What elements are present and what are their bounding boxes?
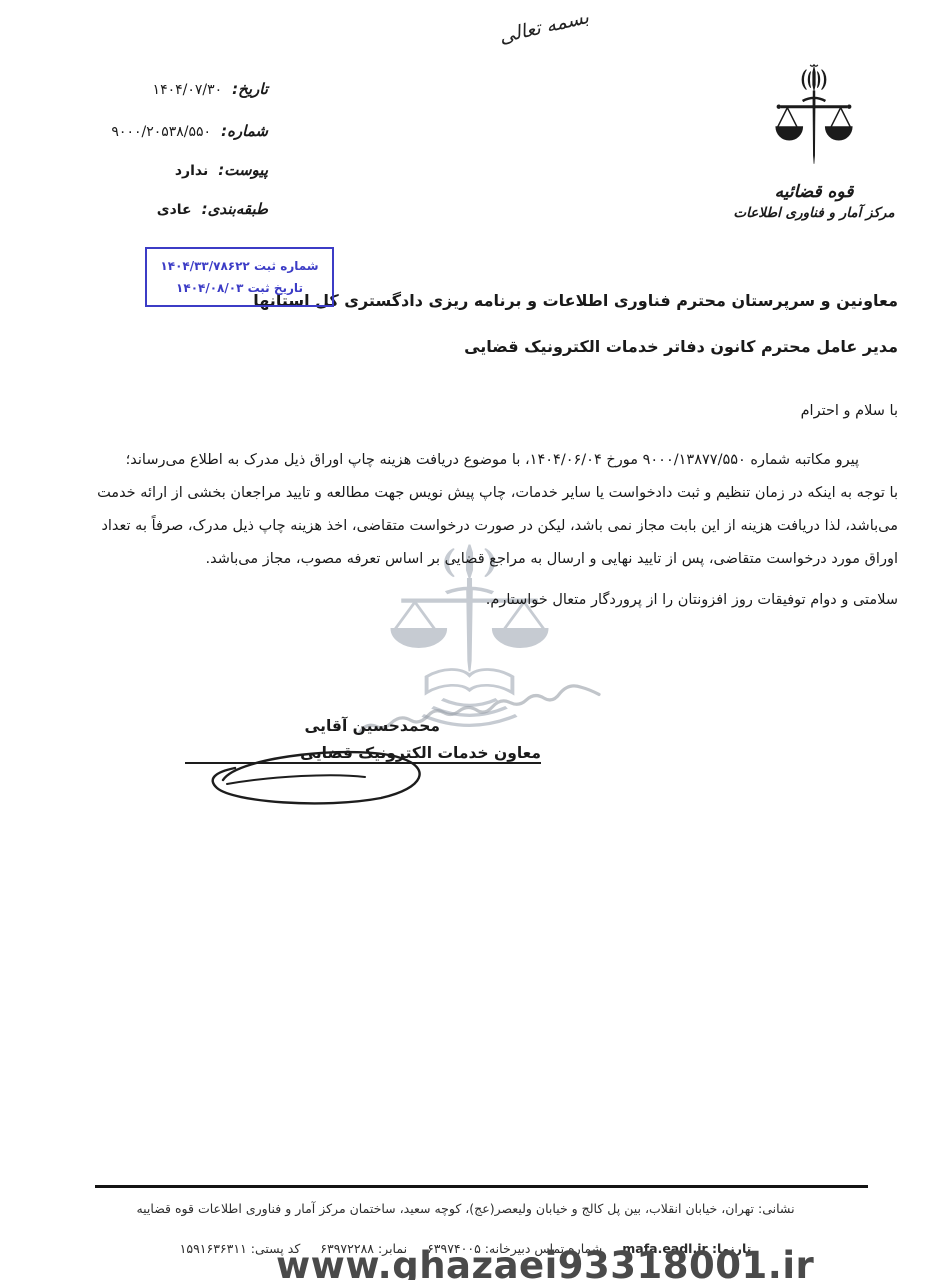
body-line-4: اوراق مورد درخواست متقاضی، پس از تایید ن… [205, 551, 898, 567]
body-line-1: پیرو مکاتبه شماره ۹۰۰۰/۱۳۸۷۷/۵۵۰ مورخ ۱۴… [126, 452, 859, 468]
number-label: شماره: [221, 122, 268, 140]
meta-row-date: تاریخ: ۱۴۰۴/۰۷/۳۰ [153, 80, 268, 98]
body-line-3: می‌باشد، لذا دریافت هزینه از این بابت مج… [101, 518, 898, 534]
registration-stamp-box: شماره ثبت ۱۴۰۴/۳۳/۷۸۶۲۲ تاریخ ثبت ۱۴۰۴/۰… [145, 247, 334, 307]
date-value: ۱۴۰۴/۰۷/۳۰ [153, 82, 223, 98]
body-line-2: با توجه به اینکه در زمان تنظیم و ثبت داد… [97, 485, 898, 501]
classification-label: طبقه‌بندی: [202, 200, 268, 218]
letter-page: بسمه تعالی قوه قضائیه مرکز [0, 0, 931, 1280]
classification-value: عادی [157, 202, 192, 218]
date-label: تاریخ: [232, 80, 268, 98]
recipient-line-1: معاونین و سرپرستان محترم فناوری اطلاعات … [253, 291, 898, 310]
org-name-secondary: مرکز آمار و فناوری اطلاعات [719, 205, 909, 221]
org-name-primary: قوه قضائیه [719, 182, 909, 202]
salutation-text: با سلام و احترام [801, 403, 898, 419]
stamp-registration-number: شماره ثبت ۱۴۰۴/۳۳/۷۸۶۲۲ [151, 259, 328, 273]
judiciary-scales-icon [766, 62, 862, 180]
meta-row-number: شماره: ۹۰۰۰/۲۰۵۳۸/۵۵۰ [111, 122, 268, 140]
stamp-registration-date: تاریخ ثبت ۱۴۰۴/۰۸/۰۳ [151, 281, 328, 295]
letterhead: قوه قضائیه مرکز آمار و فناوری اطلاعات [719, 62, 909, 221]
attachment-value: ندارد [175, 163, 208, 179]
number-value: ۹۰۰۰/۲۰۵۳۸/۵۵۰ [111, 124, 211, 140]
meta-row-attachment: پیوست: ندارد [175, 161, 268, 179]
footer-address: نشانی: تهران، خیابان انقلاب، بین پل کالج… [0, 1201, 931, 1216]
meta-row-classification: طبقه‌بندی: عادی [157, 200, 268, 218]
site-watermark-text: www.ghazaei93318001.ir [276, 1244, 814, 1280]
footer-divider [95, 1185, 868, 1188]
recipient-line-2: مدیر عامل محترم کانون دفاتر خدمات الکترو… [464, 337, 898, 356]
signature-scribble [183, 736, 545, 814]
signer-name: محمدحسین آقایی [304, 717, 440, 735]
bismillah-calligraphy: بسمه تعالی [483, 3, 605, 51]
closing-line: سلامتی و دوام توفیقات روز افزونتان را از… [486, 592, 898, 608]
attachment-label: پیوست: [218, 161, 268, 179]
